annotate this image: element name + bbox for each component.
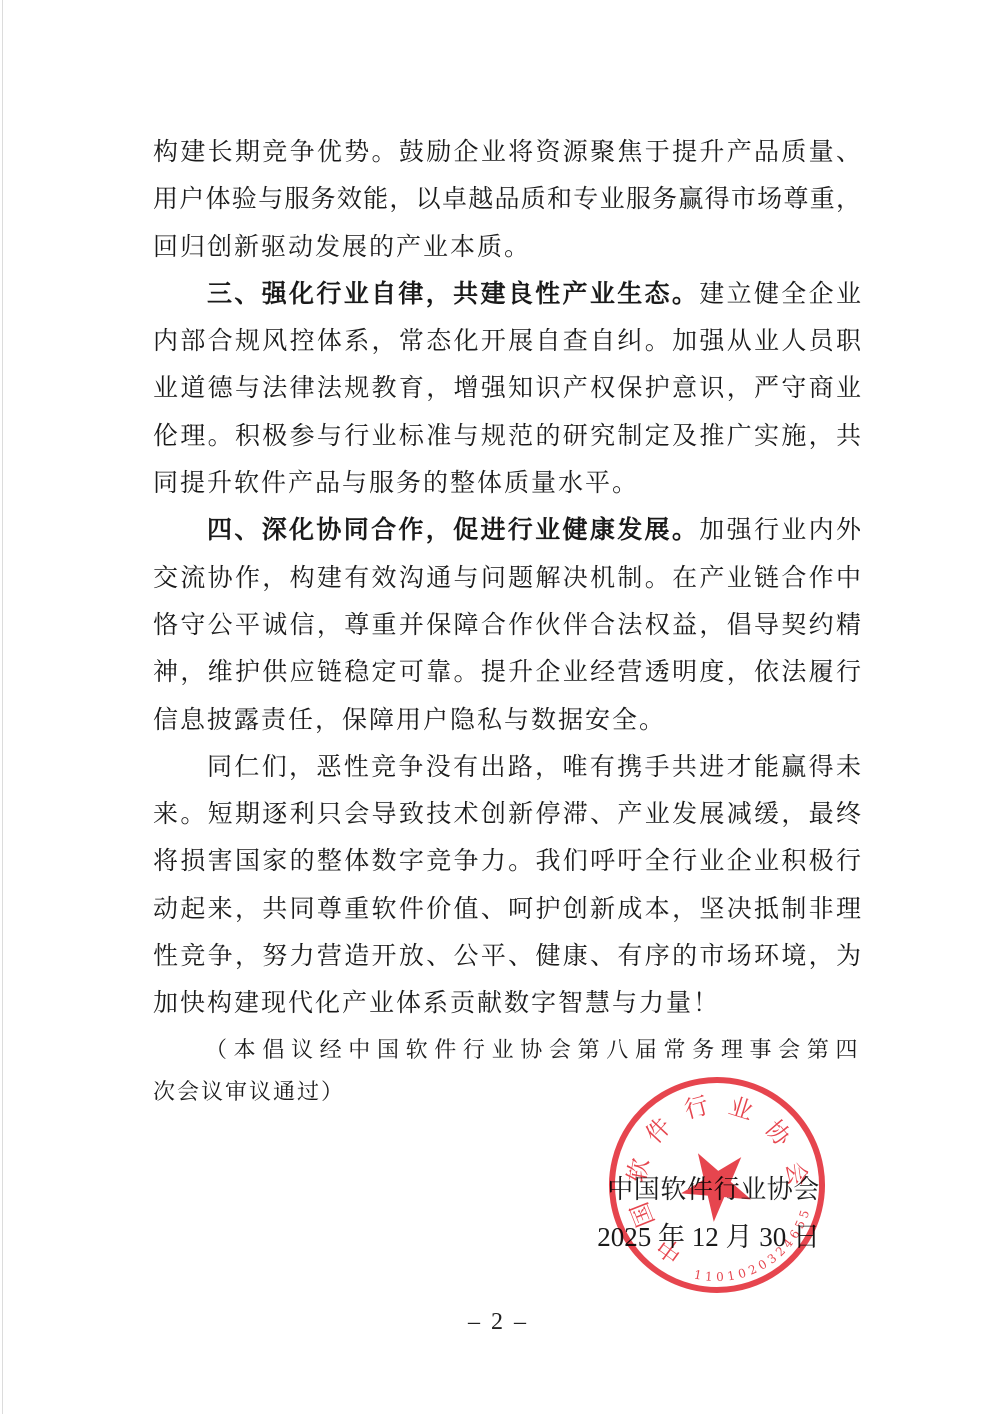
text-run: 建立健全企业 [699,279,862,308]
section-heading: 三、强化行业自律，共建良性产业生态。 [207,279,699,308]
signature-date: 2025 年 12 月 30 日 [597,1217,820,1257]
note-line: （本倡议经中国软件行业协会第八届常务理事会第四 [153,1030,862,1072]
document-page: 构建长期竞争优势。鼓励企业将资源聚焦于提升产品质量、 用户体验与服务效能，以卓越… [0,0,1000,1414]
signature-organization: 中国软件行业协会 [607,1170,820,1210]
text-line: 来。短期逐利只会导致技术创新停滞、产业发展减缓，最终 [153,790,862,837]
paragraph-continuation: 构建长期竞争优势。鼓励企业将资源聚焦于提升产品质量、 用户体验与服务效能，以卓越… [153,128,862,270]
text-run: 加强行业内外 [699,515,862,544]
text-line: 伦理。积极参与行业标准与规范的研究制定及推广实施，共 [153,412,862,459]
text-line: 构建长期竞争优势。鼓励企业将资源聚焦于提升产品质量、 [153,128,862,175]
text-line: 回归创新驱动发展的产业本质。 [153,223,862,270]
text-line: 三、强化行业自律，共建良性产业生态。建立健全企业 [153,270,862,317]
text-line: 信息披露责任，保障用户隐私与数据安全。 [153,696,862,743]
approval-note: （本倡议经中国软件行业协会第八届常务理事会第四 次会议审议通过） [153,1030,862,1114]
paragraph-section-three: 三、强化行业自律，共建良性产业生态。建立健全企业 内部合规风控体系，常态化开展自… [153,270,862,506]
section-heading: 四、深化协同合作，促进行业健康发展。 [207,515,699,544]
text-line: 加快构建现代化产业体系贡献数字智慧与力量！ [153,979,862,1026]
seal-ring-char: 件 [640,1112,677,1149]
text-line: 业道德与法律法规教育，增强知识产权保护意识，严守商业 [153,364,862,411]
text-line: 性竞争，努力营造开放、公平、健康、有序的市场环境，为 [153,932,862,979]
page-number: – 2 – [0,1307,994,1337]
text-line: 四、深化协同合作，促进行业健康发展。加强行业内外 [153,506,862,553]
text-line: 用户体验与服务效能，以卓越品质和专业服务赢得市场尊重， [153,175,862,222]
text-line: 神，维护供应链稳定可靠。提升企业经营透明度，依法履行 [153,648,862,695]
paragraph-section-four: 四、深化协同合作，促进行业健康发展。加强行业内外 交流协作，构建有效沟通与问题解… [153,506,862,742]
text-line: 动起来，共同尊重软件价值、呵护创新成本，坚决抵制非理 [153,885,862,932]
seal-ring-char: 协 [760,1115,798,1152]
scan-edge-line [2,0,3,1414]
text-line: 将损害国家的整体数字竞争力。我们呼吁全行业企业积极行 [153,837,862,884]
text-line: 同仁们，恶性竞争没有出路，唯有携手共进才能赢得未 [153,743,862,790]
paragraph-closing-appeal: 同仁们，恶性竞争没有出路，唯有携手共进才能赢得未 来。短期逐利只会导致技术创新停… [153,743,862,1027]
text-line: 同提升软件产品与服务的整体质量水平。 [153,459,862,506]
text-line: 交流协作，构建有效沟通与问题解决机制。在产业链合作中 [153,554,862,601]
text-line: 恪守公平诚信，尊重并保障合作伙伴合法权益，倡导契约精 [153,601,862,648]
text-line: 内部合规风控体系，常态化开展自查自纠。加强从业人员职 [153,317,862,364]
document-body: 构建长期竞争优势。鼓励企业将资源聚焦于提升产品质量、 用户体验与服务效能，以卓越… [153,128,862,1027]
note-line: 次会议审议通过） [153,1072,862,1114]
